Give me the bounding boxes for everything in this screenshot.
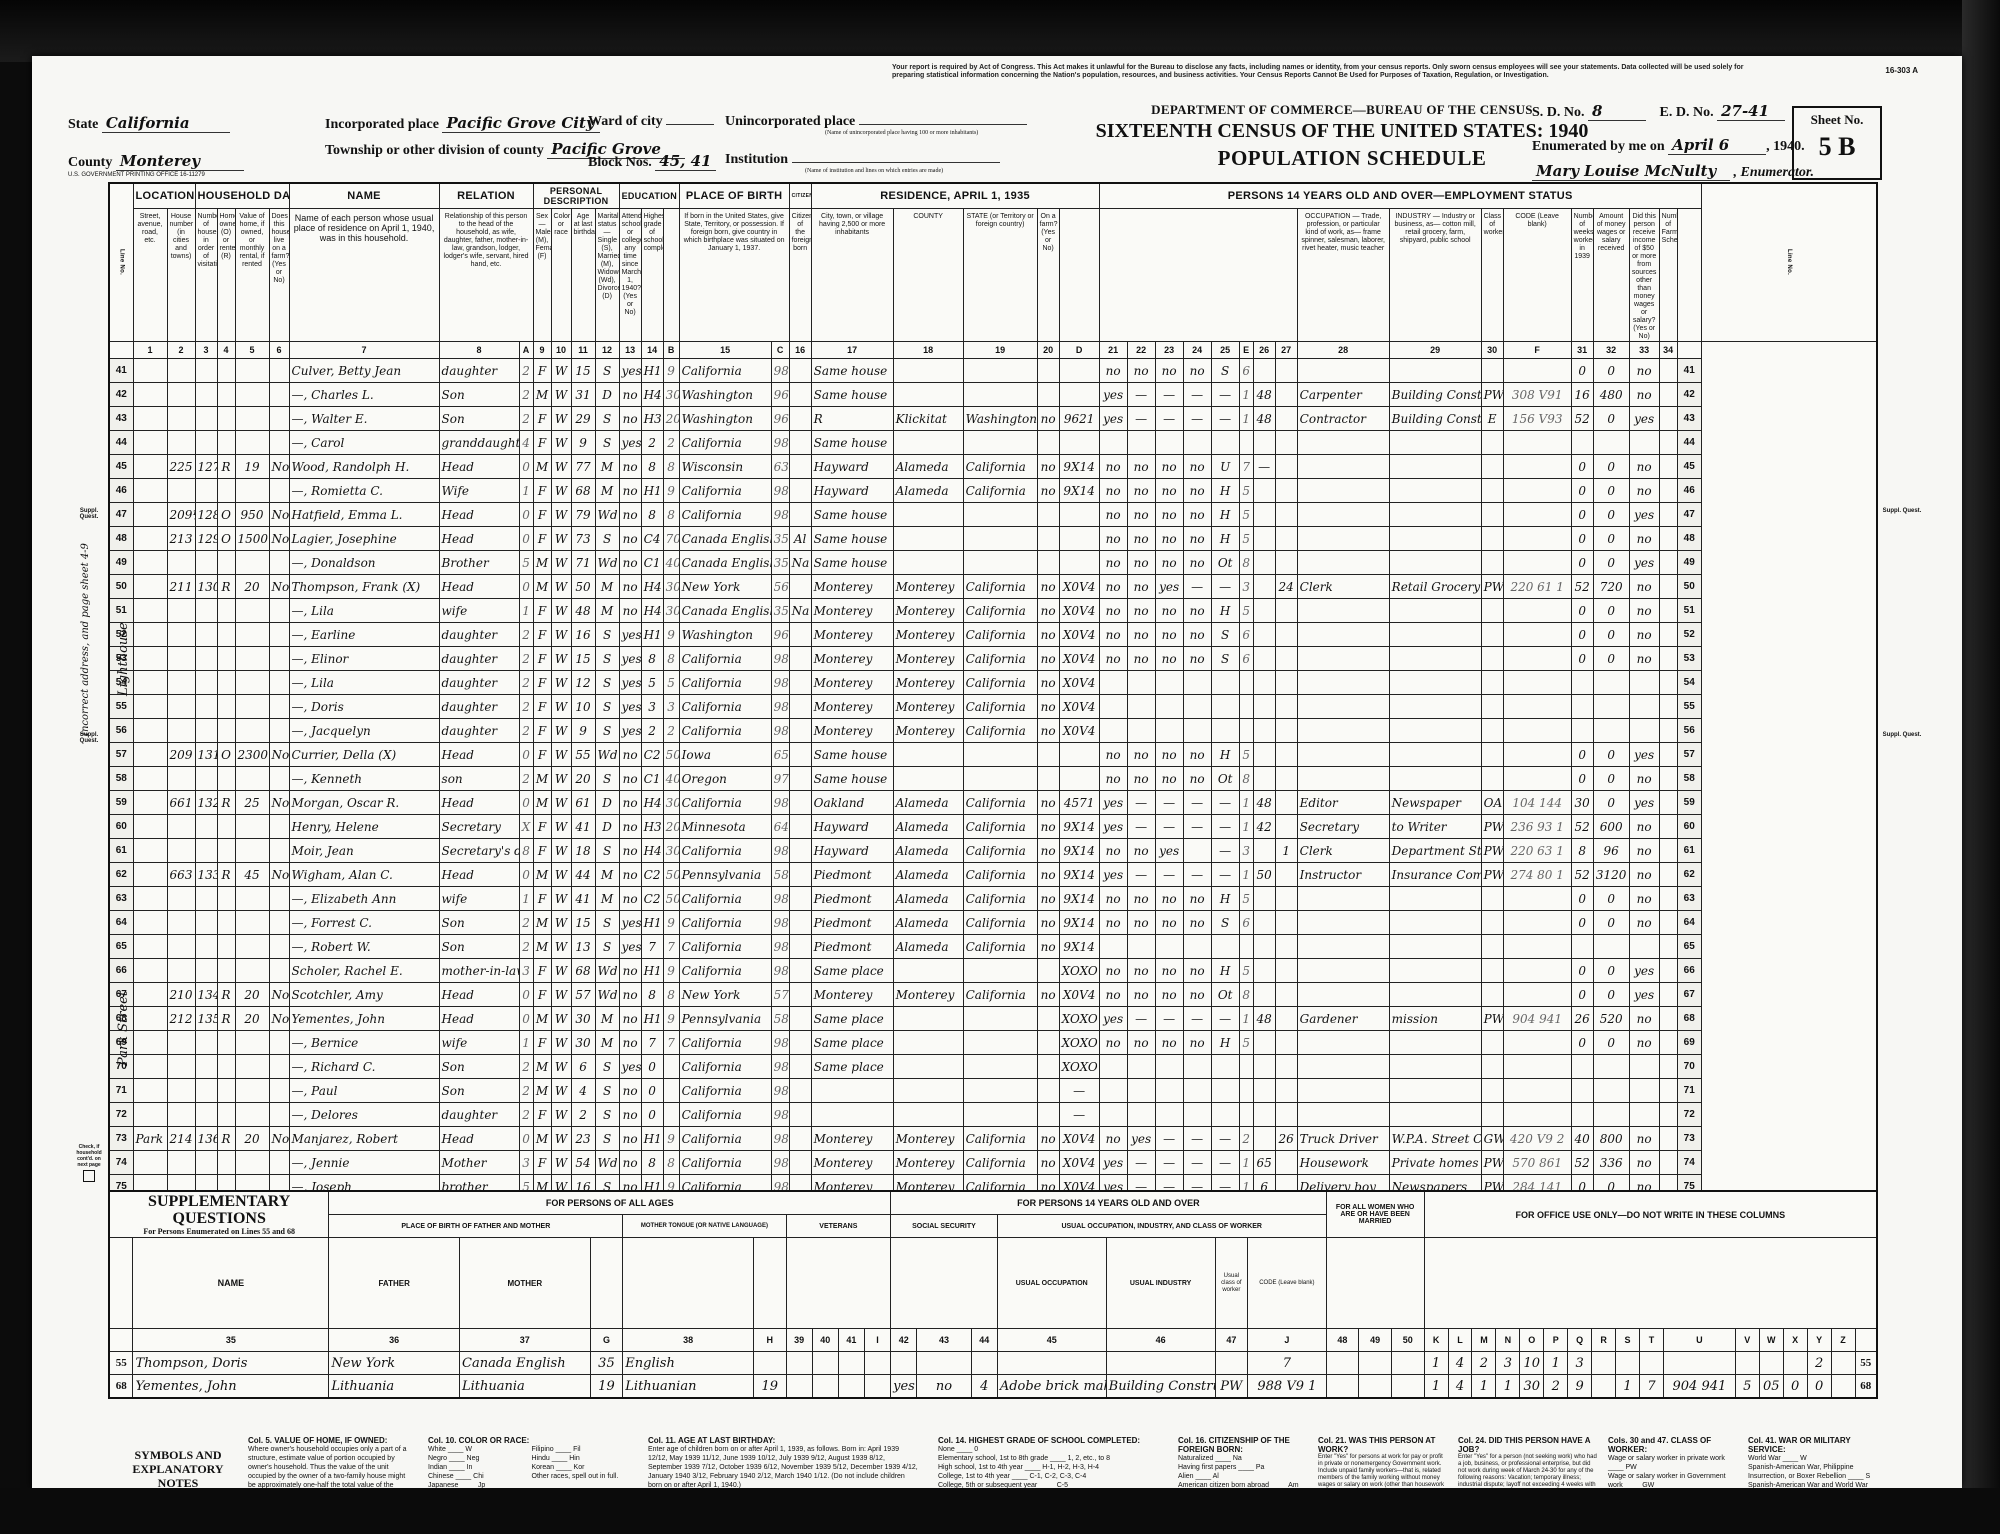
- cell-c: 35: [771, 527, 789, 551]
- cell-birthplace: California: [679, 935, 771, 959]
- supp-cell-t: 7: [1640, 1375, 1664, 1399]
- cell-sex: M: [533, 935, 551, 959]
- supp-cell-usual_ind: [1106, 1352, 1215, 1375]
- cell-sex: M: [533, 383, 551, 407]
- supp-cell-c49: [1359, 1352, 1392, 1375]
- cell-c24: —: [1183, 383, 1211, 407]
- cell-house: [167, 1055, 195, 1079]
- cell-c24: no: [1183, 551, 1211, 575]
- cell-relation: daughter: [439, 623, 519, 647]
- cell-own: R: [217, 983, 235, 1007]
- cell-school: no: [619, 599, 641, 623]
- cell-c24: [1183, 1055, 1211, 1079]
- cell-industry: Retail Grocery: [1389, 575, 1481, 599]
- cell-c21: no: [1099, 743, 1127, 767]
- col-line-no: Line No.: [109, 183, 133, 342]
- cell-race: W: [551, 695, 571, 719]
- cell-industry: [1389, 359, 1481, 383]
- cell-birthplace: New York: [679, 983, 771, 1007]
- cell-name: —, Delores: [289, 1103, 439, 1127]
- table-row: 72—, Deloresdaughter2FW2Sno0California98…: [109, 1103, 1877, 1127]
- cell-city35: Monterey: [811, 599, 893, 623]
- cell-c27: [1275, 791, 1297, 815]
- line-number-right: 52: [1677, 623, 1701, 647]
- column-number: 27: [1275, 342, 1297, 359]
- cell-c27: [1275, 743, 1297, 767]
- cell-relation: Brother: [439, 551, 519, 575]
- supp-cell-c49: [1359, 1375, 1392, 1399]
- cell-house: 212: [167, 1007, 195, 1031]
- group-all-ages: FOR PERSONS OF ALL AGES: [329, 1191, 891, 1215]
- cell-b: 50: [663, 887, 679, 911]
- cell-house: 663: [167, 863, 195, 887]
- cell-b: [663, 1055, 679, 1079]
- supp-cell-c50: [1391, 1352, 1424, 1375]
- column-number: 19: [963, 342, 1037, 359]
- cell-class: [1481, 695, 1503, 719]
- cell-b: 2: [663, 719, 679, 743]
- cell-street: [133, 1151, 167, 1175]
- cell-class: PW: [1481, 839, 1503, 863]
- cell-street: [133, 767, 167, 791]
- cell-weeks: 40: [1571, 1127, 1593, 1151]
- cell-b: [663, 1103, 679, 1127]
- cell-street: [133, 911, 167, 935]
- cell-c34: [1659, 479, 1677, 503]
- cell-c34: [1659, 599, 1677, 623]
- cell-c23: —: [1155, 1151, 1183, 1175]
- cell-county35: Klickitat: [893, 407, 963, 431]
- cell-other: [1629, 935, 1659, 959]
- cell-a: 2: [519, 623, 533, 647]
- cell-hh: [195, 1151, 217, 1175]
- cell-d: 9X14: [1059, 479, 1099, 503]
- cell-house: 213: [167, 527, 195, 551]
- cell-hh: 130: [195, 575, 217, 599]
- cell-industry: [1389, 431, 1481, 455]
- cell-cit: [789, 839, 811, 863]
- column-number: 4: [217, 342, 235, 359]
- cell-wages: 480: [1593, 383, 1629, 407]
- cell-d: XOXO: [1059, 1007, 1099, 1031]
- cell-f: 220 61 1: [1503, 575, 1571, 599]
- cell-c22: no: [1127, 983, 1155, 1007]
- cell-school: no: [619, 527, 641, 551]
- cell-city35: Same place: [811, 1031, 893, 1055]
- cell-house: [167, 479, 195, 503]
- cell-race: W: [551, 815, 571, 839]
- cell-f: [1503, 527, 1571, 551]
- cell-other: no: [1629, 839, 1659, 863]
- cell-c26: [1253, 695, 1275, 719]
- cell-street: [133, 575, 167, 599]
- cell-birthplace: Wisconsin: [679, 455, 771, 479]
- cell-c23: —: [1155, 791, 1183, 815]
- checkbox-icon[interactable]: [83, 1170, 95, 1182]
- cell-d: [1059, 503, 1099, 527]
- cell-cit: Al: [789, 527, 811, 551]
- cell-marital: Wd: [595, 503, 619, 527]
- cell-state35: California: [963, 887, 1037, 911]
- cell-e: [1239, 695, 1253, 719]
- cell-sex: M: [533, 1007, 551, 1031]
- supplementary-column-number: 46: [1106, 1329, 1215, 1352]
- cell-age: 77: [571, 455, 595, 479]
- cell-school: no: [619, 743, 641, 767]
- sd-number-field: S. D. No. 8 E. D. No. 27-41: [1532, 102, 1785, 121]
- cell-farm35: no: [1037, 791, 1059, 815]
- cell-state35: California: [963, 623, 1037, 647]
- cell-industry: W.P.A. Street Construction: [1389, 1127, 1481, 1151]
- cell-c34: [1659, 743, 1677, 767]
- cell-state35: California: [963, 935, 1037, 959]
- cell-class: [1481, 911, 1503, 935]
- cell-c27: [1275, 1103, 1297, 1127]
- cell-c34: [1659, 1127, 1677, 1151]
- cell-age: 55: [571, 743, 595, 767]
- cell-relation: Head: [439, 527, 519, 551]
- cell-cit: [789, 1055, 811, 1079]
- cell-grade: H3: [641, 407, 663, 431]
- cell-sex: M: [533, 767, 551, 791]
- cell-city35: Piedmont: [811, 887, 893, 911]
- cell-value: [235, 839, 269, 863]
- cell-class: [1481, 1079, 1503, 1103]
- cell-race: W: [551, 575, 571, 599]
- cell-house: [167, 623, 195, 647]
- cell-b: 5: [663, 671, 679, 695]
- cell-race: W: [551, 599, 571, 623]
- cell-a: 2: [519, 719, 533, 743]
- cell-c21: no: [1099, 767, 1127, 791]
- cell-class: [1481, 1031, 1503, 1055]
- cell-farm: [269, 1031, 289, 1055]
- cell-class: [1481, 983, 1503, 1007]
- cell-state35: [963, 527, 1037, 551]
- cell-c25: —: [1211, 575, 1239, 599]
- cell-race: W: [551, 791, 571, 815]
- ward-field: Ward of city: [588, 114, 714, 130]
- cell-c25: [1211, 431, 1239, 455]
- supp-cell-c40: [812, 1352, 838, 1375]
- cell-c23: no: [1155, 1031, 1183, 1055]
- cell-weeks: 30: [1571, 791, 1593, 815]
- cell-c21: yes: [1099, 1007, 1127, 1031]
- cell-f: 420 V9 2: [1503, 1127, 1571, 1151]
- cell-c25: Ot: [1211, 767, 1239, 791]
- cell-farm: [269, 431, 289, 455]
- cell-school: yes: [619, 647, 641, 671]
- cell-own: O: [217, 503, 235, 527]
- cell-industry: Private homes: [1389, 1151, 1481, 1175]
- cell-other: yes: [1629, 743, 1659, 767]
- cell-other: no: [1629, 623, 1659, 647]
- group-citizenship: CITIZENSHIP: [789, 183, 811, 209]
- cell-weeks: 0: [1571, 527, 1593, 551]
- cell-industry: [1389, 767, 1481, 791]
- cell-c27: [1275, 1031, 1297, 1055]
- cell-sex: F: [533, 623, 551, 647]
- suppl-quest-marker-left-55: Suppl. Quest.: [72, 508, 106, 520]
- cell-c27: [1275, 671, 1297, 695]
- cell-weeks: 0: [1571, 599, 1593, 623]
- supp-cell-father: Lithuania: [329, 1375, 460, 1399]
- cell-birthplace: Canada English: [679, 551, 771, 575]
- cell-state35: [963, 767, 1037, 791]
- cell-occupation: [1297, 503, 1389, 527]
- cell-c27: [1275, 1007, 1297, 1031]
- cell-c25: H: [1211, 527, 1239, 551]
- cell-marital: Wd: [595, 959, 619, 983]
- cell-relation: daughter: [439, 671, 519, 695]
- cell-c23: [1155, 671, 1183, 695]
- cell-c22: [1127, 1055, 1155, 1079]
- supp-cell-y: 2: [1807, 1352, 1831, 1375]
- institution-field: Institution (Name of institution and lin…: [725, 152, 1000, 174]
- cell-c: 98: [771, 1079, 789, 1103]
- cell-a: 2: [519, 407, 533, 431]
- cell-c22: [1127, 719, 1155, 743]
- column-number: D: [1059, 342, 1099, 359]
- cell-b: 20: [663, 407, 679, 431]
- state-value: California: [102, 114, 230, 133]
- street-note-lighthouse: Lighthouse: [116, 622, 131, 696]
- cell-wages: 0: [1593, 359, 1629, 383]
- cell-county35: Monterey: [893, 647, 963, 671]
- cell-name: Scholer, Rachel E.: [289, 959, 439, 983]
- cell-birthplace: California: [679, 911, 771, 935]
- cell-street: [133, 1031, 167, 1055]
- cell-other: no: [1629, 647, 1659, 671]
- cell-own: R: [217, 863, 235, 887]
- supp-cell-q: 9: [1568, 1375, 1592, 1399]
- cell-c21: no: [1099, 527, 1127, 551]
- sd-number-value: 8: [1588, 102, 1646, 121]
- note-item: Filipino ____ Fil: [532, 1445, 629, 1454]
- cell-hh: [195, 623, 217, 647]
- cell-c: 98: [771, 1151, 789, 1175]
- cell-city35: [811, 1079, 893, 1103]
- note-item: White ____ W: [428, 1445, 525, 1454]
- cell-own: [217, 815, 235, 839]
- cell-c25: [1211, 935, 1239, 959]
- line-number: 59: [109, 791, 133, 815]
- cell-city35: Same house: [811, 767, 893, 791]
- supplementary-column-number: U: [1663, 1329, 1735, 1352]
- cell-a: 0: [519, 1127, 533, 1151]
- cell-farm35: [1037, 503, 1059, 527]
- cell-school: no: [619, 983, 641, 1007]
- cell-grade: 0: [641, 1079, 663, 1103]
- cell-school: no: [619, 1127, 641, 1151]
- cell-city35: Same house: [811, 527, 893, 551]
- cell-wages: 0: [1593, 743, 1629, 767]
- cell-hh: [195, 1079, 217, 1103]
- column-number: 9: [533, 342, 551, 359]
- cell-industry: [1389, 527, 1481, 551]
- cell-state35: California: [963, 479, 1037, 503]
- cell-city35: Hayward: [811, 839, 893, 863]
- cell-value: [235, 1103, 269, 1127]
- cell-county35: Monterey: [893, 599, 963, 623]
- cell-grade: H4: [641, 599, 663, 623]
- cell-value: 1500: [235, 527, 269, 551]
- supplementary-column-number: I: [864, 1329, 890, 1352]
- cell-own: O: [217, 527, 235, 551]
- cell-weeks: 26: [1571, 1007, 1593, 1031]
- cell-weeks: 0: [1571, 479, 1593, 503]
- cell-own: [217, 359, 235, 383]
- cell-c26: [1253, 1127, 1275, 1151]
- cell-value: [235, 431, 269, 455]
- cell-race: W: [551, 863, 571, 887]
- cell-a: 0: [519, 743, 533, 767]
- cell-c: 65: [771, 743, 789, 767]
- cell-c22: yes: [1127, 1127, 1155, 1151]
- cell-d: X0V4: [1059, 1151, 1099, 1175]
- line-number: 72: [109, 1103, 133, 1127]
- line-number-right: 74: [1677, 1151, 1701, 1175]
- cell-weeks: 52: [1571, 863, 1593, 887]
- cell-c25: U: [1211, 455, 1239, 479]
- cell-other: [1629, 1079, 1659, 1103]
- cell-cit: [789, 575, 811, 599]
- cell-county35: [893, 767, 963, 791]
- cell-county35: Monterey: [893, 1151, 963, 1175]
- cell-value: [235, 719, 269, 743]
- cell-f: 904 941: [1503, 1007, 1571, 1031]
- line-number: 68: [109, 1375, 133, 1399]
- cell-c23: —: [1155, 1007, 1183, 1031]
- cell-cit: [789, 503, 811, 527]
- cell-state35: [963, 1007, 1037, 1031]
- table-row: 45225127R19NoWood, Randolph H.Head0MW77M…: [109, 455, 1877, 479]
- cell-e: 5: [1239, 959, 1253, 983]
- cell-c22: no: [1127, 743, 1155, 767]
- cell-d: [1059, 551, 1099, 575]
- cell-occupation: [1297, 983, 1389, 1007]
- cell-race: W: [551, 935, 571, 959]
- cell-relation: granddaughter: [439, 431, 519, 455]
- cell-farm35: [1037, 551, 1059, 575]
- cell-street: [133, 743, 167, 767]
- supplementary-column-number: S: [1616, 1329, 1640, 1352]
- cell-a: X: [519, 815, 533, 839]
- cell-c27: [1275, 359, 1297, 383]
- cell-c27: [1275, 935, 1297, 959]
- cell-own: [217, 671, 235, 695]
- cell-race: W: [551, 959, 571, 983]
- cell-f: [1503, 959, 1571, 983]
- cell-c: 98: [771, 695, 789, 719]
- cell-b: 8: [663, 983, 679, 1007]
- cell-c25: —: [1211, 815, 1239, 839]
- cell-c26: —: [1253, 455, 1275, 479]
- cell-c: 98: [771, 911, 789, 935]
- cell-city35: Same place: [811, 1055, 893, 1079]
- cell-state35: [963, 431, 1037, 455]
- cell-own: R: [217, 575, 235, 599]
- cell-hh: 136: [195, 1127, 217, 1151]
- cell-a: 1: [519, 599, 533, 623]
- column-number: 17: [811, 342, 893, 359]
- cell-c24: no: [1183, 887, 1211, 911]
- supp-cell-mother: Canada English: [460, 1352, 591, 1375]
- cell-c: 98: [771, 959, 789, 983]
- cell-school: yes: [619, 1055, 641, 1079]
- cell-relation: Wife: [439, 479, 519, 503]
- suppl-quest-marker-right-55: Suppl. Quest.: [1882, 508, 1922, 514]
- cell-c26: [1253, 935, 1275, 959]
- supp-cell-u: 904 941: [1663, 1375, 1735, 1399]
- cell-county35: Monterey: [893, 983, 963, 1007]
- cell-f: [1503, 1031, 1571, 1055]
- cell-wages: [1593, 1055, 1629, 1079]
- cell-sex: M: [533, 1127, 551, 1151]
- supp-cell-l: 4: [1448, 1375, 1472, 1399]
- supplementary-column-number: K: [1424, 1329, 1448, 1352]
- cell-c21: no: [1099, 839, 1127, 863]
- cell-school: no: [619, 455, 641, 479]
- cell-value: [235, 551, 269, 575]
- cell-sex: F: [533, 743, 551, 767]
- continued-household-checkbox[interactable]: Check, if household cont'd. on next page: [72, 1144, 106, 1184]
- cell-e: 8: [1239, 551, 1253, 575]
- cell-c22: no: [1127, 647, 1155, 671]
- table-row: 62663133R45NoWigham, Alan C.Head0MW44Mno…: [109, 863, 1877, 887]
- cell-farm: No: [269, 1007, 289, 1031]
- cell-b: 2: [663, 431, 679, 455]
- supp-cell-v: 5: [1735, 1375, 1759, 1399]
- supp-cell-w: [1759, 1352, 1783, 1375]
- cell-industry: [1389, 1031, 1481, 1055]
- cell-c23: [1155, 719, 1183, 743]
- cell-c27: [1275, 527, 1297, 551]
- cell-marital: M: [595, 479, 619, 503]
- cell-city35: Monterey: [811, 695, 893, 719]
- cell-birthplace: Washington: [679, 407, 771, 431]
- table-row: 54—, Liladaughter2FW12Syes55California98…: [109, 671, 1877, 695]
- cell-city35: Piedmont: [811, 911, 893, 935]
- cell-school: no: [619, 791, 641, 815]
- cell-weeks: [1571, 935, 1593, 959]
- cell-e: 5: [1239, 503, 1253, 527]
- scan-border-bottom: [0, 1488, 2000, 1534]
- cell-b: 9: [663, 911, 679, 935]
- cell-d: X0V4: [1059, 1127, 1099, 1151]
- cell-race: W: [551, 479, 571, 503]
- cell-grade: C2: [641, 743, 663, 767]
- cell-sex: F: [533, 479, 551, 503]
- cell-industry: [1389, 911, 1481, 935]
- cell-farm: [269, 647, 289, 671]
- cell-d: X0V4: [1059, 671, 1099, 695]
- cell-e: [1239, 719, 1253, 743]
- cell-name: —, Lila: [289, 599, 439, 623]
- cell-c25: —: [1211, 407, 1239, 431]
- cell-city35: Same place: [811, 1007, 893, 1031]
- cell-c25: —: [1211, 863, 1239, 887]
- note-item: Elementary school, 1st to 8th grade ____…: [938, 1454, 1158, 1463]
- cell-c24: [1183, 839, 1211, 863]
- cell-occupation: Secretary: [1297, 815, 1389, 839]
- cell-wages: 0: [1593, 1031, 1629, 1055]
- cell-f: [1503, 359, 1571, 383]
- cell-relation: wife: [439, 887, 519, 911]
- printing-office: U.S. GOVERNMENT PRINTING OFFICE 16-11279: [68, 172, 205, 178]
- cell-county35: [893, 383, 963, 407]
- cell-race: W: [551, 887, 571, 911]
